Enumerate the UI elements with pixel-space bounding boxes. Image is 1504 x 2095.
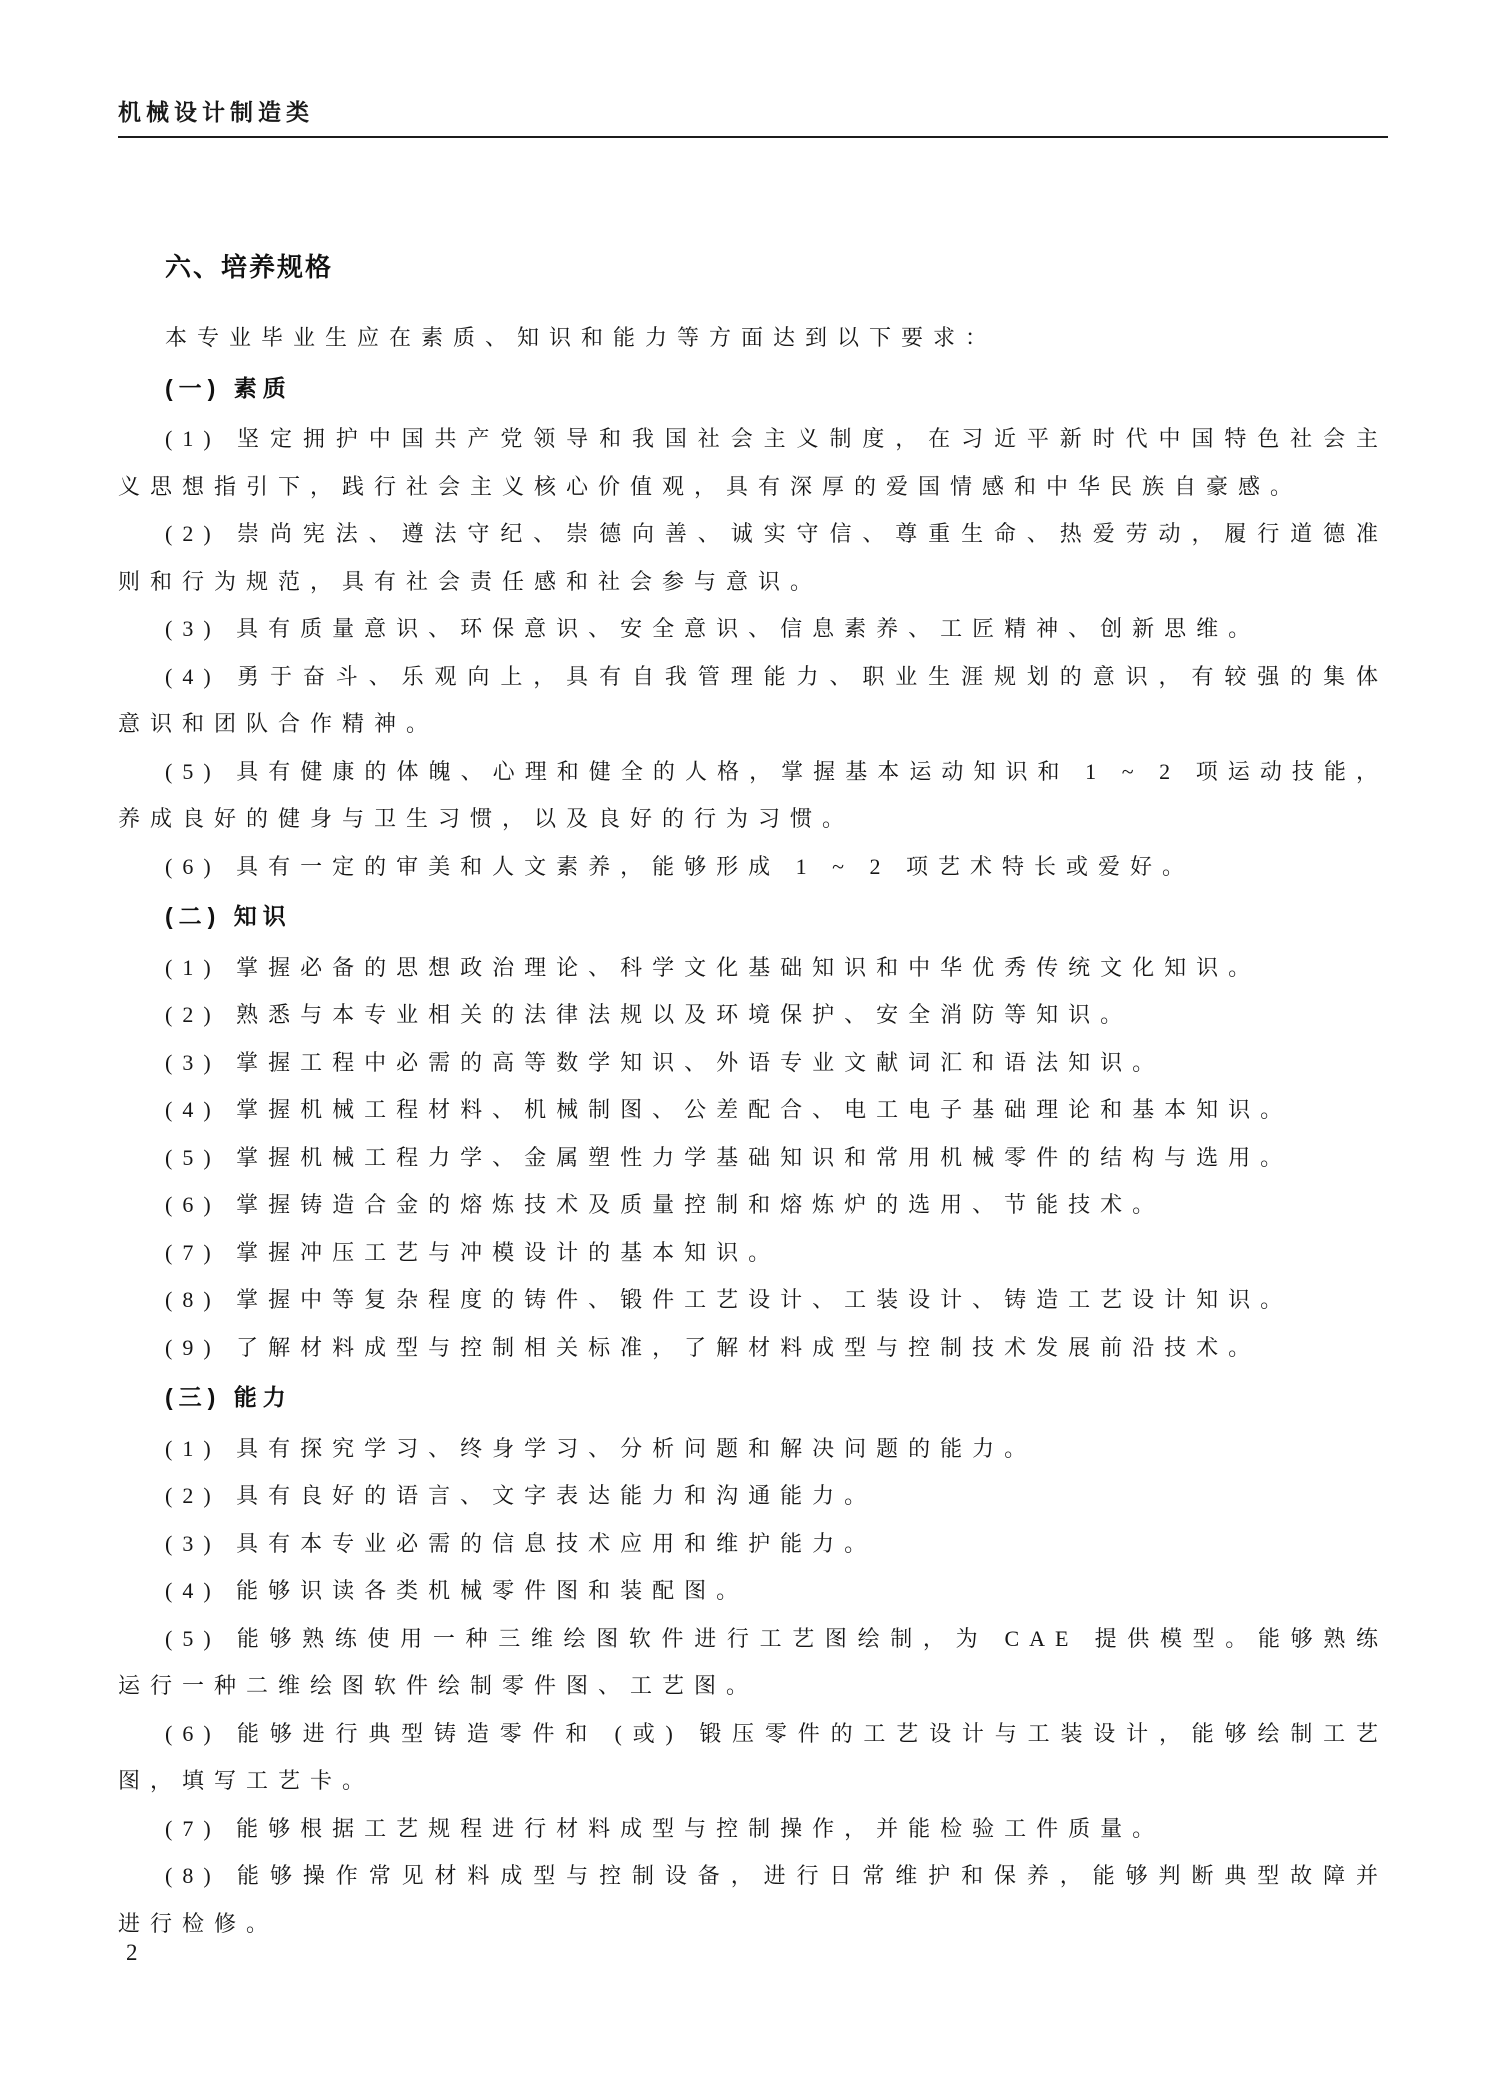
header-divider <box>118 136 1388 138</box>
document-section: (二) 知识 (1) 掌握必备的思想政治理论、科学文化基础知识和中华优秀传统文化… <box>118 893 1388 1371</box>
list-item: (1) 坚定拥护中国共产党领导和我国社会主义制度，在习近平新时代中国特色社会主义… <box>118 415 1388 510</box>
section-items: (1) 掌握必备的思想政治理论、科学文化基础知识和中华优秀传统文化知识。(2) … <box>118 944 1388 1372</box>
list-item: (9) 了解材料成型与控制相关标准，了解材料成型与控制技术发展前沿技术。 <box>118 1324 1388 1372</box>
list-item: (2) 熟悉与本专业相关的法律法规以及环境保护、安全消防等知识。 <box>118 991 1388 1039</box>
running-header: 机械设计制造类 <box>118 94 314 127</box>
document-body: 六、培养规格 本专业毕业生应在素质、知识和能力等方面达到以下要求： (一) 素质… <box>118 246 1388 1947</box>
list-item: (6) 具有一定的审美和人文素养，能够形成 1 ~ 2 项艺术特长或爱好。 <box>118 843 1388 891</box>
list-item: (8) 能够操作常见材料成型与控制设备，进行日常维护和保养，能够判断典型故障并进… <box>118 1852 1388 1947</box>
list-item: (2) 具有良好的语言、文字表达能力和沟通能力。 <box>118 1472 1388 1520</box>
list-item: (7) 掌握冲压工艺与冲模设计的基本知识。 <box>118 1229 1388 1277</box>
list-item: (5) 具有健康的体魄、心理和健全的人格，掌握基本运动知识和 1 ~ 2 项运动… <box>118 748 1388 843</box>
list-item: (3) 具有本专业必需的信息技术应用和维护能力。 <box>118 1520 1388 1568</box>
list-item: (4) 勇于奋斗、乐观向上，具有自我管理能力、职业生涯规划的意识，有较强的集体意… <box>118 653 1388 748</box>
sections: (一) 素质 (1) 坚定拥护中国共产党领导和我国社会主义制度，在习近平新时代中… <box>118 365 1388 1948</box>
list-item: (5) 能够熟练使用一种三维绘图软件进行工艺图绘制，为 CAE 提供模型。能够熟… <box>118 1615 1388 1710</box>
list-item: (2) 崇尚宪法、遵法守纪、崇德向善、诚实守信、尊重生命、热爱劳动，履行道德准则… <box>118 510 1388 605</box>
list-item: (8) 掌握中等复杂程度的铸件、锻件工艺设计、工装设计、铸造工艺设计知识。 <box>118 1276 1388 1324</box>
page-title: 六、培养规格 <box>118 246 1388 288</box>
section-title: (二) 知识 <box>118 893 1388 941</box>
list-item: (3) 具有质量意识、环保意识、安全意识、信息素养、工匠精神、创新思维。 <box>118 605 1388 653</box>
section-items: (1) 坚定拥护中国共产党领导和我国社会主义制度，在习近平新时代中国特色社会主义… <box>118 415 1388 890</box>
list-item: (4) 掌握机械工程材料、机械制图、公差配合、电工电子基础理论和基本知识。 <box>118 1086 1388 1134</box>
list-item: (6) 能够进行典型铸造零件和 (或) 锻压零件的工艺设计与工装设计，能够绘制工… <box>118 1710 1388 1805</box>
document-section: (一) 素质 (1) 坚定拥护中国共产党领导和我国社会主义制度，在习近平新时代中… <box>118 365 1388 891</box>
list-item: (6) 掌握铸造合金的熔炼技术及质量控制和熔炼炉的选用、节能技术。 <box>118 1181 1388 1229</box>
list-item: (1) 掌握必备的思想政治理论、科学文化基础知识和中华优秀传统文化知识。 <box>118 944 1388 992</box>
page-number: 2 <box>126 1940 138 1966</box>
section-title: (一) 素质 <box>118 365 1388 413</box>
list-item: (3) 掌握工程中必需的高等数学知识、外语专业文献词汇和语法知识。 <box>118 1039 1388 1087</box>
document-section: (三) 能力 (1) 具有探究学习、终身学习、分析问题和解决问题的能力。(2) … <box>118 1374 1388 1947</box>
list-item: (7) 能够根据工艺规程进行材料成型与控制操作，并能检验工件质量。 <box>118 1805 1388 1853</box>
intro-paragraph: 本专业毕业生应在素质、知识和能力等方面达到以下要求： <box>118 314 1388 362</box>
list-item: (5) 掌握机械工程力学、金属塑性力学基础知识和常用机械零件的结构与选用。 <box>118 1134 1388 1182</box>
list-item: (1) 具有探究学习、终身学习、分析问题和解决问题的能力。 <box>118 1425 1388 1473</box>
section-title: (三) 能力 <box>118 1374 1388 1422</box>
list-item: (4) 能够识读各类机械零件图和装配图。 <box>118 1567 1388 1615</box>
section-items: (1) 具有探究学习、终身学习、分析问题和解决问题的能力。(2) 具有良好的语言… <box>118 1425 1388 1948</box>
